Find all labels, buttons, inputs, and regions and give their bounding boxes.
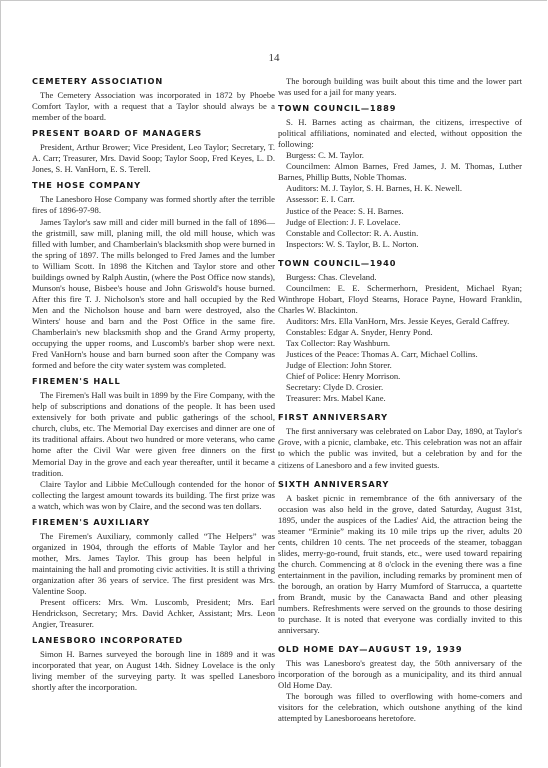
- council-entry: Burgess: Chas. Cleveland.: [278, 272, 522, 283]
- council-entry: Councilmen: Almon Barnes, Fred James, J.…: [278, 161, 522, 183]
- council-entry: Auditors: M. J. Taylor, S. H. Barnes, H.…: [278, 183, 522, 194]
- heading-present-board-of-managers: PRESENT BOARD OF MANAGERS: [32, 128, 275, 139]
- council-entry: Tax Collector: Ray Washburn.: [278, 338, 522, 349]
- heading-cemetery-association: CEMETERY ASSOCIATION: [32, 76, 275, 87]
- paragraph: This was Lanesboro's greatest day, the 5…: [278, 658, 522, 691]
- paragraph: James Taylor's saw mill and cider mill b…: [32, 217, 275, 372]
- left-column: CEMETERY ASSOCIATION The Cemetery Associ…: [32, 76, 275, 693]
- council-entry: Auditors: Mrs. Ella VanHorn, Mrs. Jessie…: [278, 316, 522, 327]
- paragraph: The first anniversary was celebrated on …: [278, 426, 522, 470]
- paragraph: The Lanesboro Hose Company was formed sh…: [32, 194, 275, 216]
- heading-old-home-day: OLD HOME DAY—AUGUST 19, 1939: [278, 644, 522, 655]
- council-entry: Judge of Election: J. F. Lovelace.: [278, 217, 522, 228]
- council-entry: Constable and Collector: R. A. Austin.: [278, 228, 522, 239]
- heading-town-council-1889: TOWN COUNCIL—1889: [278, 103, 522, 114]
- heading-first-anniversary: FIRST ANNIVERSARY: [278, 412, 522, 423]
- council-entry: Treasurer: Mrs. Mabel Kane.: [278, 393, 522, 404]
- paragraph: Claire Taylor and Libbie McCullough cont…: [32, 479, 275, 512]
- council-entry: Inspectors: W. S. Taylor, B. L. Norton.: [278, 239, 522, 250]
- paragraph: The Firemen's Auxiliary, commonly called…: [32, 531, 275, 597]
- council-entry: Assessor: E. I. Carr.: [278, 194, 522, 205]
- council-entry: Secretary: Clyde D. Crosier.: [278, 382, 522, 393]
- council-entry: Burgess: C. M. Taylor.: [278, 150, 522, 161]
- paragraph: A basket picnic in remembrance of the 6t…: [278, 493, 522, 637]
- heading-hose-company: THE HOSE COMPANY: [32, 180, 275, 191]
- heading-sixth-anniversary: SIXTH ANNIVERSARY: [278, 479, 522, 490]
- heading-town-council-1940: TOWN COUNCIL—1940: [278, 258, 522, 269]
- paragraph-borough-building: The borough building was built about thi…: [278, 76, 522, 98]
- right-column: The borough building was built about thi…: [278, 76, 522, 725]
- paragraph: Present officers: Mrs. Wm. Luscomb, Pres…: [32, 597, 275, 630]
- paragraph: President, Arthur Brower; Vice President…: [32, 142, 275, 175]
- paragraph: The Cemetery Association was incorporate…: [32, 90, 275, 123]
- paragraph: Simon H. Barnes surveyed the borough lin…: [32, 649, 275, 693]
- heading-firemens-hall: FIREMEN'S HALL: [32, 376, 275, 387]
- paragraph: The Firemen's Hall was built in 1899 by …: [32, 390, 275, 478]
- council-entry: Councilmen: E. E. Schermerhorn, Presiden…: [278, 283, 522, 316]
- council-entry: Constables: Edgar A. Snyder, Henry Pond.: [278, 327, 522, 338]
- council-entry: Chief of Police: Henry Morrison.: [278, 371, 522, 382]
- paragraph: S. H. Barnes acting as chairman, the cit…: [278, 117, 522, 150]
- council-entry: Justices of the Peace: Thomas A. Carr, M…: [278, 349, 522, 360]
- paragraph: The borough was filled to overflowing wi…: [278, 691, 522, 724]
- heading-firemens-auxiliary: FIREMEN'S AUXILIARY: [32, 517, 275, 528]
- council-entry: Justice of the Peace: S. H. Barnes.: [278, 206, 522, 217]
- council-entry: Judge of Election: John Storer.: [278, 360, 522, 371]
- page-number: 14: [0, 52, 548, 64]
- heading-lanesboro-incorporated: LANESBORO INCORPORATED: [32, 635, 275, 646]
